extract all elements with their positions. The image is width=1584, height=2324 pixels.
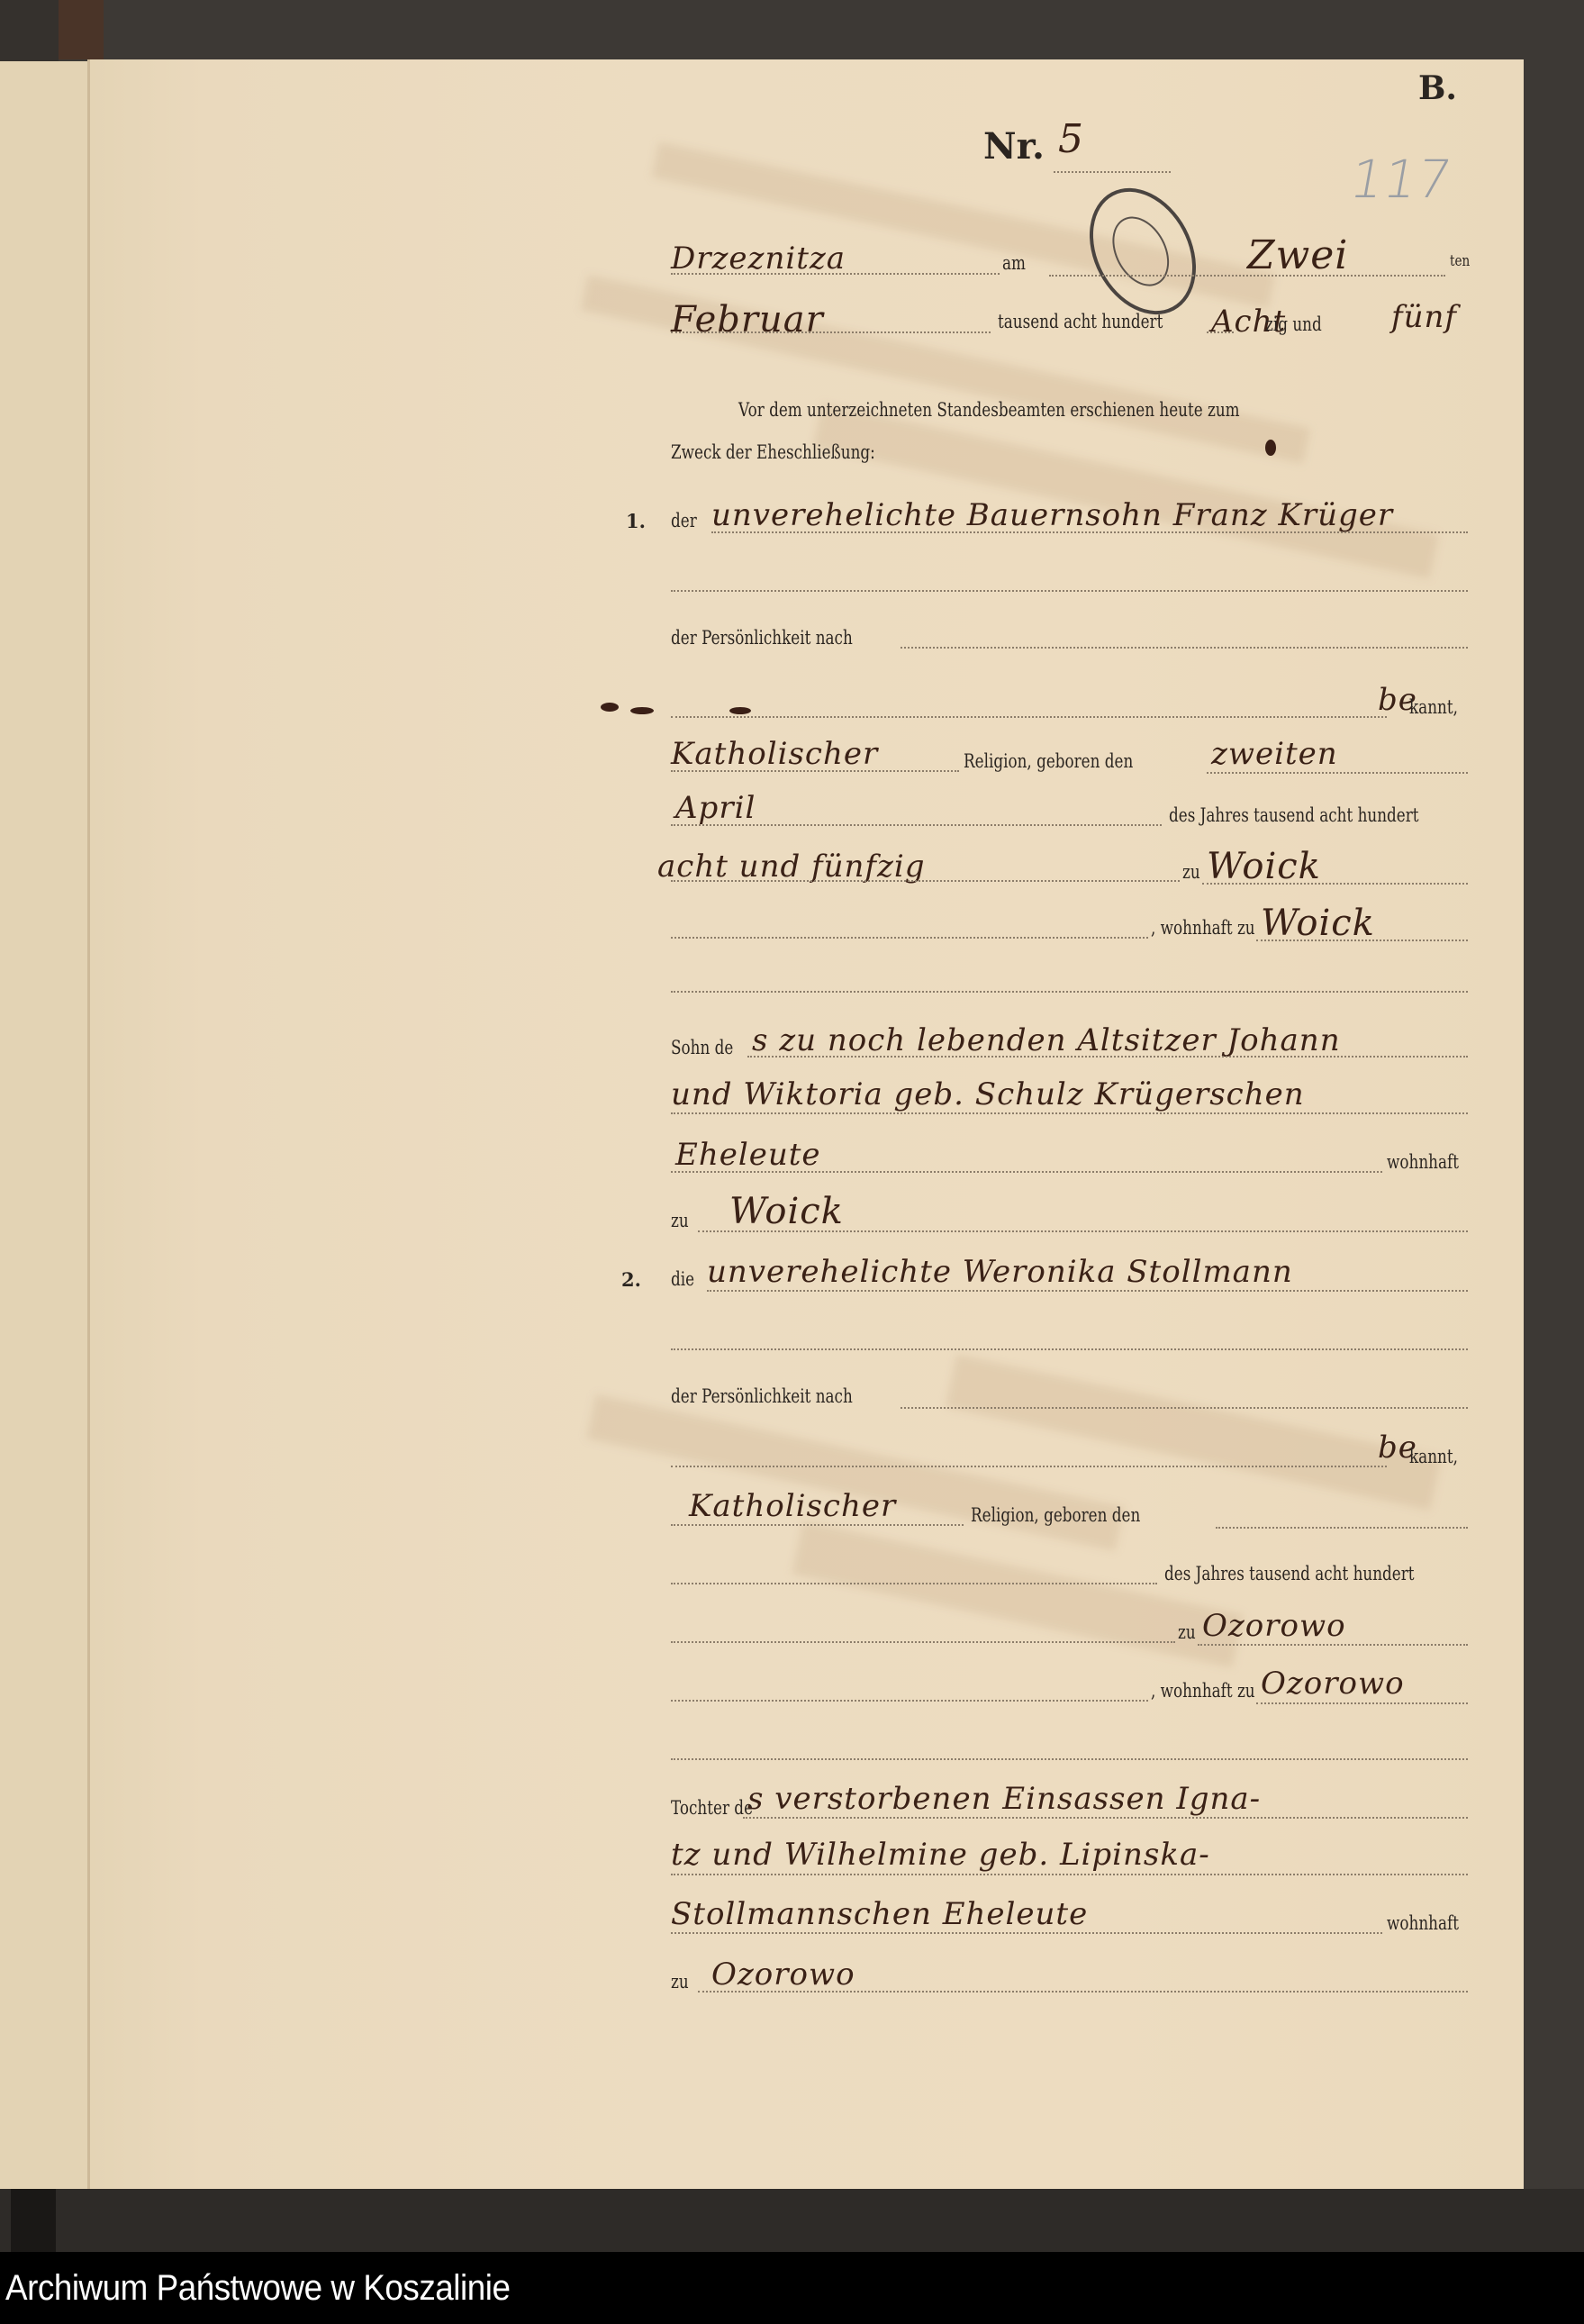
bride-residence-label: , wohnhaft zu [1151, 1682, 1255, 1701]
bride-known-label: kannt, [1409, 1448, 1458, 1466]
groom-der-label: der [671, 512, 697, 531]
dotted-line [671, 273, 1000, 275]
record-number: 5 [1058, 120, 1084, 159]
dotted-line [671, 937, 1148, 939]
groom-birth-year-label: des Jahres tausend acht hundert [1169, 806, 1419, 825]
dotted-line [707, 1290, 1468, 1292]
groom-number: 1. [626, 512, 646, 531]
dotted-line [671, 1700, 1148, 1702]
dotted-line [1216, 1527, 1468, 1529]
ink-blot [601, 703, 619, 712]
intro-line-1: Vor dem unterzeichneten Standesbeamten e… [738, 401, 1240, 420]
place-of-registration: Drzeznitza [671, 243, 846, 274]
groom-parents-line-1: s zu noch lebenden Altsitzer Johann [752, 1025, 1341, 1056]
dotted-line [671, 1112, 1468, 1114]
dotted-line [671, 1641, 1175, 1643]
ink-blot [1265, 440, 1276, 456]
archive-name: Archiwum Państwowe w Koszalinie [5, 2268, 510, 2309]
bride-zu-label: zu [1178, 1623, 1196, 1642]
groom-birth-month: April [675, 793, 756, 823]
stamp-inner-ring [1101, 207, 1181, 296]
dotted-line [747, 1056, 1468, 1058]
bride-parents-zu-label: zu [671, 1973, 689, 1992]
unit-year-value: fünf [1391, 302, 1457, 332]
year-label: tausend acht hundert [998, 313, 1163, 331]
dotted-line [671, 1932, 1382, 1934]
scan-bottom-band [0, 2189, 1584, 2252]
dotted-line [1256, 940, 1468, 941]
dotted-line [1207, 772, 1468, 774]
groom-parents-zu-label: zu [671, 1212, 689, 1230]
dotted-line [671, 1524, 964, 1526]
bride-parents-label: Tochter de [671, 1799, 753, 1818]
groom-known-label: kannt, [1409, 698, 1458, 717]
dotted-line [671, 880, 1180, 882]
bride-personality-label: der Persönlichkeit nach [671, 1387, 853, 1406]
dotted-line [671, 1348, 1468, 1350]
bride-parents-line-3: Stollmannschen Eheleute [671, 1899, 1088, 1929]
bride-die-label: die [671, 1270, 694, 1289]
bride-parents-residence: Ozorowo [711, 1959, 855, 1990]
dotted-line [671, 991, 1468, 993]
page-number-pencil: 117 [1345, 149, 1456, 210]
groom-zu-label: zu [1182, 863, 1200, 882]
dotted-line [1202, 883, 1468, 885]
am-label: am [1002, 254, 1026, 273]
bride-number: 2. [621, 1270, 641, 1289]
groom-residence: Woick [1261, 905, 1375, 941]
groom-name: unverehelichte Bauernsohn Franz Krüger [711, 500, 1393, 531]
ink-blot [630, 707, 654, 714]
groom-birth-year: acht und fünfzig [657, 851, 926, 882]
bride-parents-line-1: s verstorbenen Einsassen Igna- [747, 1784, 1261, 1814]
ink-blot [729, 707, 751, 714]
day-value: Zwei [1247, 236, 1348, 276]
form-letter: B. [1418, 72, 1457, 104]
groom-birth-day: zweiten [1211, 739, 1338, 769]
intro-line-2: Zweck der Eheschließung: [671, 443, 875, 462]
bride-residence: Ozorowo [1261, 1668, 1405, 1699]
dotted-line [671, 1466, 1387, 1467]
groom-religion: Katholischer [671, 739, 878, 769]
groom-birth-place: Woick [1207, 849, 1321, 885]
groom-parents-residence: Woick [729, 1194, 844, 1230]
dotted-line [698, 1230, 1468, 1232]
book-cover-corner [11, 2189, 56, 2252]
groom-parents-label: Sohn de [671, 1039, 733, 1058]
bride-parents-line-2: tz und Wilhelmine geb. Lipinska- [671, 1839, 1210, 1870]
dotted-line [711, 531, 1468, 533]
dotted-line [1256, 1702, 1468, 1704]
record-number-line [1054, 171, 1171, 173]
dotted-line [671, 331, 991, 333]
previous-page-edge [0, 61, 90, 2189]
dotted-line [671, 590, 1468, 592]
dotted-line [1198, 1644, 1468, 1646]
bride-religion: Katholischer [689, 1491, 896, 1521]
dotted-line [671, 1583, 1157, 1584]
dotted-line [671, 1171, 1382, 1173]
book-spine-top [59, 0, 104, 59]
dotted-line [671, 716, 1387, 718]
dotted-line [743, 1817, 1468, 1819]
groom-personality-label: der Persönlichkeit nach [671, 629, 853, 648]
dotted-line [671, 824, 1162, 826]
groom-parents-line-2: und Wiktoria geb. Schulz Krügerschen [671, 1079, 1305, 1110]
dotted-line [901, 647, 1468, 649]
dotted-line [901, 1407, 1468, 1409]
groom-residence-label: , wohnhaft zu [1151, 919, 1255, 938]
groom-religion-label: Religion, geboren den [964, 752, 1133, 771]
dotted-line [671, 1874, 1468, 1875]
ten-label: ten [1450, 254, 1470, 269]
record-number-label: Nr. [983, 129, 1045, 165]
groom-parents-wohnhaft-label: wohnhaft [1387, 1153, 1459, 1172]
dotted-line [671, 770, 959, 772]
bride-religion-label: Religion, geboren den [971, 1506, 1140, 1525]
bride-parents-wohnhaft-label: wohnhaft [1387, 1914, 1459, 1933]
dotted-line [671, 1758, 1468, 1760]
bride-name: unverehelichte Weronika Stollmann [707, 1257, 1293, 1287]
dotted-line [698, 1991, 1468, 1993]
page-gutter-line [87, 59, 90, 2189]
bride-birth-place: Ozorowo [1202, 1611, 1346, 1641]
groom-parents-line-3: Eheleute [675, 1139, 821, 1170]
zig-und-label: zig und [1265, 315, 1322, 334]
bride-birth-year-label: des Jahres tausend acht hundert [1164, 1565, 1415, 1584]
